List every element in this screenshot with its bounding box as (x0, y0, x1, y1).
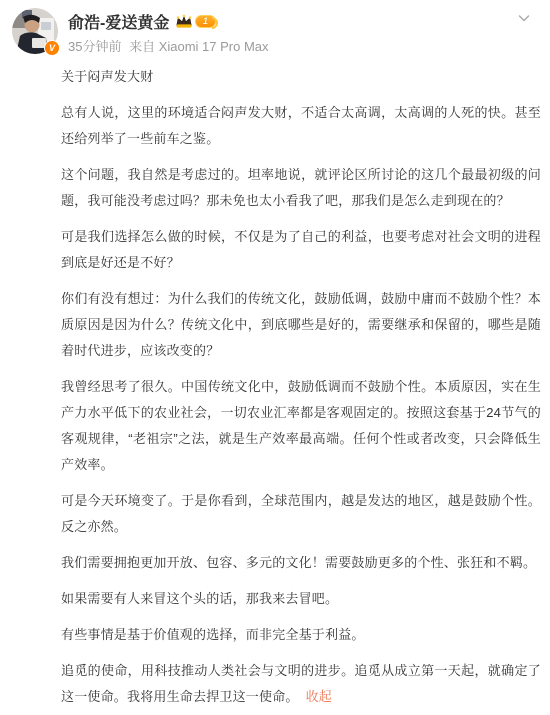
vip-badge[interactable]: 1 (175, 14, 216, 29)
post-paragraph: 我曾经思考了很久。中国传统文化中，鼓励低调而不鼓励个性。本质原因，实在生产力水平… (61, 374, 541, 478)
post-paragraph: 有些事情是基于价值观的选择，而非完全基于利益。 (61, 622, 541, 648)
vip-level-badge: 1 (195, 15, 216, 28)
user-info: 俞浩-爱送黄金 1 35分钟前 来自 Xiaomi 17 Pro Max (68, 8, 538, 55)
post-body: 关于闷声发大财 总有人说，这里的环境适合闷声发大财，不适合太高调，太高调的人死的… (61, 64, 541, 710)
post-paragraph: 这个问题，我自然是考虑过的。坦率地说，就评论区所讨论的这几个最最初级的问题，我可… (61, 162, 541, 214)
username[interactable]: 俞浩-爱送黄金 (68, 10, 169, 33)
crown-icon (175, 14, 193, 29)
post-paragraph: 我们需要拥抱更加开放、包容、多元的文化！需要鼓励更多的个性、张狂和不羁。 (61, 550, 541, 576)
timestamp: 35分钟前 (68, 39, 121, 54)
collapse-link[interactable]: 收起 (306, 689, 332, 704)
post-title: 关于闷声发大财 (61, 64, 541, 90)
post-meta: 35分钟前 来自 Xiaomi 17 Pro Max (68, 36, 538, 55)
post-paragraph: 可是今天环境变了。于是你看到，全球范围内，越是发达的地区，越是鼓励个性。反之亦然… (61, 488, 541, 540)
source-device: 来自 Xiaomi 17 Pro Max (129, 39, 268, 54)
post-paragraph: 你们有没有想过：为什么我们的传统文化，鼓励低调，鼓励中庸而不鼓励个性？本质原因是… (61, 286, 541, 364)
chevron-down-icon[interactable] (516, 10, 532, 26)
name-row: 俞浩-爱送黄金 1 (68, 10, 538, 32)
avatar[interactable]: V (12, 8, 58, 54)
post-paragraphs: 总有人说，这里的环境适合闷声发大财，不适合太高调，太高调的人死的快。甚至还给列举… (61, 100, 541, 710)
post-paragraph: 总有人说，这里的环境适合闷声发大财，不适合太高调，太高调的人死的快。甚至还给列举… (61, 100, 541, 152)
weibo-post: V 俞浩-爱送黄金 1 35分钟前 来自 Xiaomi 1 (0, 0, 550, 715)
post-header: V 俞浩-爱送黄金 1 35分钟前 来自 Xiaomi 1 (0, 0, 550, 55)
verified-v-badge-icon: V (44, 40, 60, 56)
post-paragraph: 如果需要有人来冒这个头的话，那我来去冒吧。 (61, 586, 541, 612)
post-paragraph: 追觅的使命，用科技推动人类社会与文明的进步。追觅从成立第一天起，就确定了这一使命… (61, 658, 541, 710)
post-paragraph: 可是我们选择怎么做的时候，不仅是为了自己的利益，也要考虑对社会文明的进程到底是好… (61, 224, 541, 276)
